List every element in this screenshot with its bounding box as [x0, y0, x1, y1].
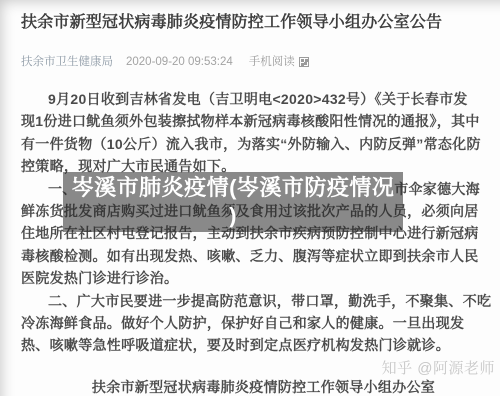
body-line: 冷冻海鲜食品。做好个人防护，保护好自己和家人的健康。一旦出现发 [21, 312, 480, 334]
caption-overlay: 岑溪市肺炎疫情(岑溪市防疫情况 ) [63, 172, 403, 232]
body-line: 热、咳嗽等急性呼吸道症状，要及时到定点医疗机构发热门诊就诊。 [21, 334, 480, 356]
body-line-fragment-right: 市伞家德大海 [394, 178, 480, 200]
page-title: 扶余市新型冠状病毒肺炎疫情防控工作领导小组办公室公告 [21, 12, 480, 34]
publish-datetime: 2020-09-20 09:53:24 [126, 55, 233, 69]
caption-overlay-line2: ) [63, 202, 403, 230]
paragraph-1: 9月20日收到吉林省发电（吉卫明电<2020>432号）《关于长春市发 现1份进… [21, 88, 480, 178]
body-line: 医院发热门诊进行诊治。 [21, 267, 480, 289]
caption-overlay-line1: 岑溪市肺炎疫情(岑溪市防疫情况 [63, 174, 403, 202]
body-line: 二、广大市民要进一步提高防范意识，带口罩，勤洗手，不聚集、不吃 [21, 290, 480, 312]
zhihu-watermark: 知乎 @阿源老师 [382, 357, 495, 378]
body-line: 9月20日收到吉林省发电（吉卫明电<2020>432号）《关于长春市发 [21, 88, 480, 110]
publisher-name: 扶余市卫生健康局 [21, 55, 113, 69]
article-meta: 扶余市卫生健康局 2020-09-20 09:53:24 手机阅读 [21, 55, 480, 69]
body-line: 毒核酸检测。如有出现发热、咳嗽、乏力、腹泻等症状立即到扶余市人民 [21, 245, 480, 267]
body-line: 有一件货物（10公斤）流入我市，为落实“外防输入、内防反弹”常态化防 [21, 133, 480, 155]
announcement-body: 9月20日收到吉林省发电（吉卫明电<2020>432号）《关于长春市发 现1份进… [21, 88, 480, 396]
paragraph-3: 二、广大市民要进一步提高防范意识，带口罩，勤洗手，不聚集、不吃 冷冻海鲜食品。做… [21, 290, 480, 357]
mobile-read-link[interactable]: 手机阅读 [249, 55, 295, 69]
signature-line: 扶余市新型冠状病毒肺炎疫情防控工作领导小组办公室 [21, 376, 480, 396]
body-line: 现1份进口鱿鱼须外包装擦拭物样本新冠病毒核酸阳性情况的通报》，其中 [21, 110, 480, 132]
qr-code-icon[interactable] [299, 57, 309, 67]
